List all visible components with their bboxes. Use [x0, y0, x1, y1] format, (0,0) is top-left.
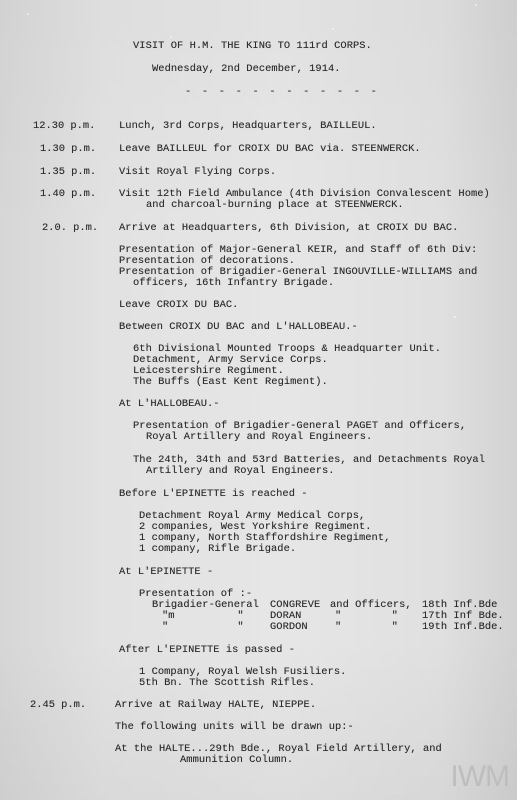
time-label: 1.30 p.m. — [40, 144, 96, 155]
presentation-and: " " — [335, 622, 398, 633]
schedule-entry: Visit Royal Flying Corps. — [119, 167, 276, 178]
time-label: 1.35 p.m. — [40, 167, 96, 178]
dust-speck — [454, 316, 456, 318]
document-date: Wednesday, 2nd December, 1914. — [152, 64, 341, 75]
presentation-brigade: 19th Inf.Bde. — [422, 622, 504, 633]
between-heading: Between CROIX DU BAC and L'HALLOBEAU.- — [119, 322, 358, 333]
title-separator: - - - - - - - - - - - - — [185, 87, 379, 98]
iwm-watermark: IWM — [450, 760, 509, 794]
hallobeau-item-continuation: Royal Artillery and Royal Engineers. — [146, 432, 372, 443]
schedule-entry-continuation: and charcoal-burning place at STEENWERCK… — [146, 200, 404, 211]
schedule-entry: Arrive at Railway HALTE, NIEPPE. — [115, 700, 316, 711]
presentation-name: GORDON — [270, 622, 308, 633]
presentation-rank: " " — [162, 622, 244, 633]
leave-croix-du-bac: Leave CROIX DU BAC. — [119, 300, 238, 311]
at-epinette-heading: At L'EPINETTE - — [119, 567, 213, 578]
presentation-line: officers, 16th Infantry Brigade. — [133, 278, 334, 289]
schedule-entry: Lunch, 3rd Corps, Headquarters, BAILLEUL… — [119, 121, 377, 132]
before-epinette-heading: Before L'EPINETTE is reached - — [119, 489, 308, 500]
schedule-entry: Leave BAILLEUL for CROIX DU BAC via. STE… — [119, 144, 421, 155]
after-epinette-heading: After L'EPINETTE is passed - — [119, 645, 295, 656]
following-units-heading: The following units will be drawn up:- — [115, 722, 354, 733]
unit-line: 1 company, Rifle Brigade. — [139, 544, 296, 555]
halte-line-continuation: Ammunition Column. — [180, 755, 293, 766]
dust-speck — [27, 13, 29, 15]
schedule-entry: Arrive at Headquarters, 6th Division, at… — [119, 223, 458, 234]
dust-speck — [475, 4, 477, 6]
unit-line: The Buffs (East Kent Regiment). — [133, 377, 328, 388]
document-title: VISIT OF H.M. THE KING TO 111rd CORPS. — [133, 41, 372, 52]
time-label: 12.30 p.m. — [33, 121, 95, 132]
time-label: 2.45 p.m. — [30, 700, 86, 711]
time-label: 2.0. p.m. — [42, 223, 98, 234]
document-page: VISIT OF H.M. THE KING TO 111rd CORPS. W… — [0, 0, 517, 800]
time-label: 1.40 p.m. — [40, 189, 96, 200]
hallobeau-item-continuation: Artillery and Royal Engineers. — [146, 466, 335, 477]
unit-line: 5th Bn. The Scottish Rifles. — [139, 678, 315, 689]
dust-speck — [170, 36, 172, 38]
dust-speck — [332, 28, 334, 30]
hallobeau-heading: At L'HALLOBEAU.- — [119, 399, 220, 410]
